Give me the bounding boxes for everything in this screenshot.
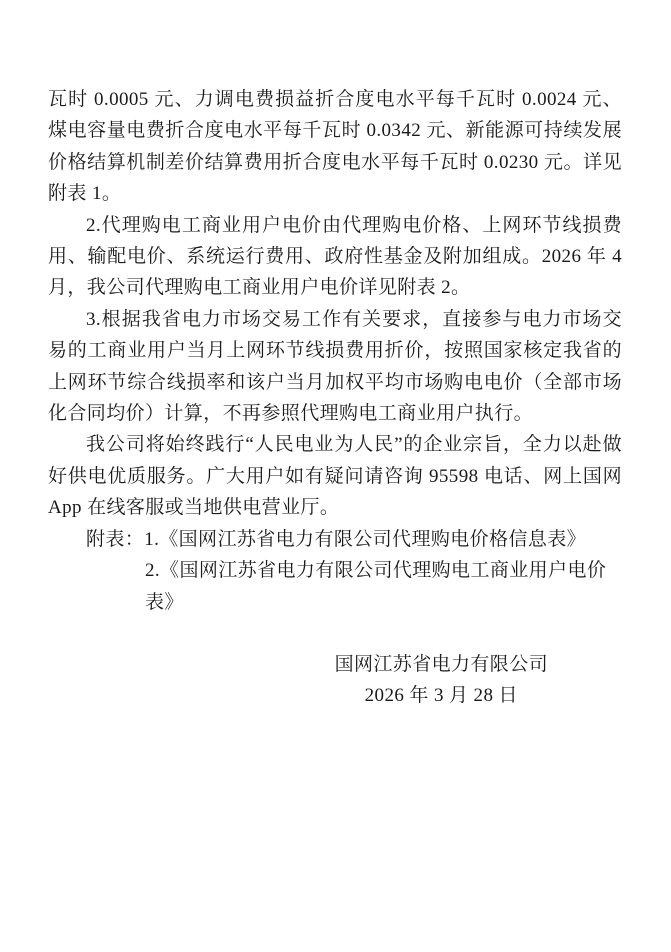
attachment-line-2: 2.《国网江苏省电力有限公司代理购电工商业用户电价表》 (48, 555, 622, 618)
attachments-label: 附表： (86, 529, 144, 550)
attachment-item-1: 1.《国网江苏省电力有限公司代理购电价格信息表》 (144, 529, 586, 550)
signature-block: 国网江苏省电力有限公司 2026 年 3 月 28 日 (335, 649, 548, 712)
document-body: 瓦时 0.0005 元、力调电费损益折合度电水平每千瓦时 0.0024 元、煤电… (48, 84, 622, 524)
signature-date: 2026 年 3 月 28 日 (335, 680, 548, 711)
body-paragraph-item-3: 3.根据我省电力市场交易工作有关要求，直接参与电力市场交易的工商业用户当月上网环… (48, 304, 622, 430)
body-paragraph-continuation: 瓦时 0.0005 元、力调电费损益折合度电水平每千瓦时 0.0024 元、煤电… (48, 84, 622, 210)
document-page: 瓦时 0.0005 元、力调电费损益折合度电水平每千瓦时 0.0024 元、煤电… (0, 0, 671, 952)
signature-company-name: 国网江苏省电力有限公司 (335, 649, 548, 680)
body-paragraph-item-2: 2.代理购电工商业用户电价由代理购电价格、上网环节线损费用、输配电价、系统运行费… (48, 210, 622, 304)
body-paragraph-closing: 我公司将始终践行“人民电业为人民”的企业宗旨，全力以赴做好供电优质服务。广大用户… (48, 429, 622, 523)
attachment-line-1: 附表：1.《国网江苏省电力有限公司代理购电价格信息表》 (48, 524, 622, 555)
attachments-list: 附表：1.《国网江苏省电力有限公司代理购电价格信息表》 2.《国网江苏省电力有限… (48, 524, 622, 618)
attachment-item-2: 2.《国网江苏省电力有限公司代理购电工商业用户电价表》 (145, 560, 606, 612)
